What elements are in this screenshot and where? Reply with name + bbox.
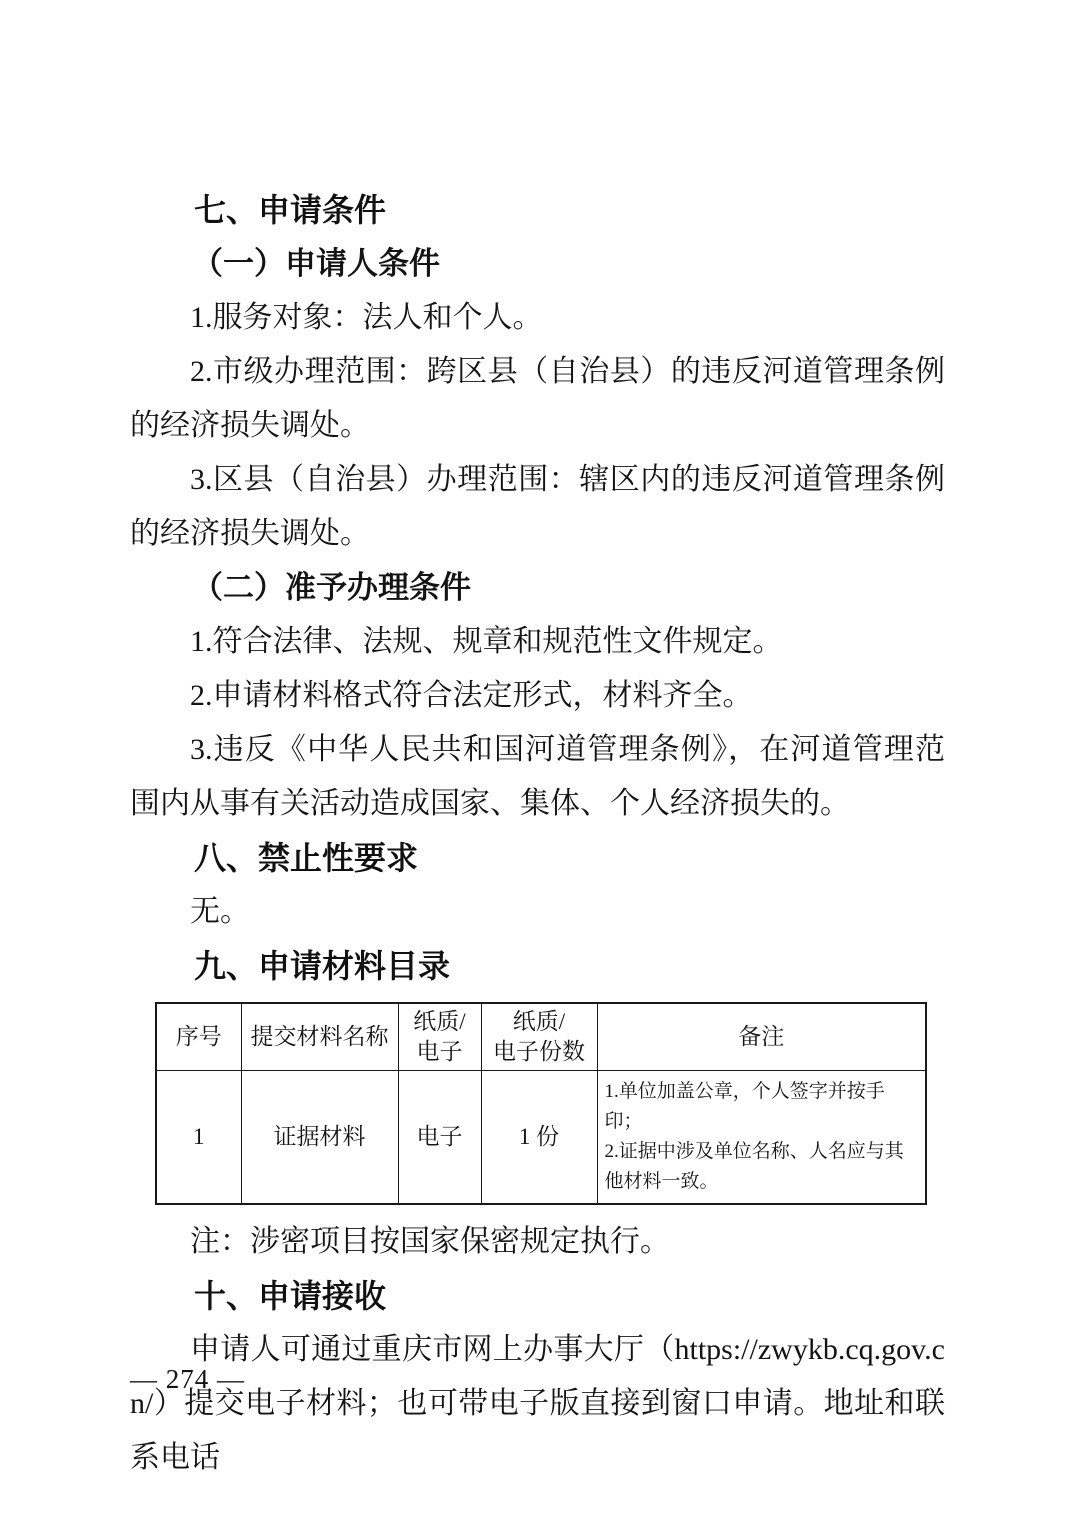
service-target-paragraph: 1.服务对象：法人和个人。: [130, 291, 945, 345]
applicant-conditions-heading: （一）申请人条件: [130, 237, 945, 291]
cell-material-name: 证据材料: [241, 1071, 398, 1205]
approval-conditions-heading: （二）准予办理条件: [130, 561, 945, 615]
district-scope-paragraph: 3.区县（自治县）办理范围：辖区内的违反河道管理条例的经济损失调处。: [130, 453, 945, 561]
col-header-copies: 纸质/ 电子份数: [481, 1003, 597, 1071]
col-header-material-name: 提交材料名称: [241, 1003, 398, 1071]
document-page: 七、申请条件 （一）申请人条件 1.服务对象：法人和个人。 2.市级办理范围：跨…: [0, 0, 1074, 1520]
section-8-heading: 八、禁止性要求: [130, 831, 945, 885]
section-9-heading: 九、申请材料目录: [130, 939, 945, 993]
cell-row-number: 1: [156, 1071, 241, 1205]
confidentiality-note-paragraph: 注：涉密项目按国家保密规定执行。: [130, 1215, 945, 1269]
col-header-number-label: 序号: [176, 1024, 222, 1049]
approval-condition-2-paragraph: 2.申请材料格式符合法定形式，材料齐全。: [130, 669, 945, 723]
city-scope-paragraph: 2.市级办理范围：跨区县（自治县）的违反河道管理条例的经济损失调处。: [130, 345, 945, 453]
col-header-medium-line2: 电子: [417, 1039, 463, 1064]
cell-remark: 1.单位加盖公章，个人签字并按手印； 2.证据中涉及单位名称、人名应与其他材料一…: [597, 1071, 926, 1205]
col-header-medium: 纸质/ 电子: [398, 1003, 481, 1071]
section-7-heading: 七、申请条件: [130, 183, 945, 237]
cell-medium: 电子: [398, 1071, 481, 1205]
remark-item-2: 2.证据中涉及单位名称、人名应与其他材料一致。: [605, 1137, 919, 1197]
remark-item-1: 1.单位加盖公章，个人签字并按手印；: [605, 1077, 919, 1137]
materials-table: 序号 提交材料名称 纸质/ 电子 纸质/ 电子份数 备注: [155, 1002, 927, 1205]
col-header-remark: 备注: [597, 1003, 926, 1071]
col-header-number: 序号: [156, 1003, 241, 1071]
section-10-heading: 十、申请接收: [130, 1269, 945, 1323]
page-number: — 274 —: [130, 1364, 245, 1395]
col-header-copies-line2: 电子份数: [493, 1039, 585, 1064]
table-header-row: 序号 提交材料名称 纸质/ 电子 纸质/ 电子份数 备注: [156, 1003, 926, 1071]
col-header-copies-line1: 纸质/: [513, 1009, 565, 1034]
approval-condition-3-paragraph: 3.违反《中华人民共和国河道管理条例》，在河道管理范围内从事有关活动造成国家、集…: [130, 723, 945, 831]
table-row: 1 证据材料 电子 1 份 1.单位加盖公章，个人签字并按手印； 2.证据中涉及…: [156, 1071, 926, 1205]
application-receiving-paragraph: 申请人可通过重庆市网上办事大厅（https://zwykb.cq.gov.cn/…: [130, 1323, 945, 1485]
prohibition-body-paragraph: 无。: [130, 885, 945, 939]
approval-condition-1-paragraph: 1.符合法律、法规、规章和规范性文件规定。: [130, 615, 945, 669]
col-header-remark-label: 备注: [738, 1024, 784, 1049]
col-header-material-name-label: 提交材料名称: [251, 1024, 389, 1049]
cell-copies: 1 份: [481, 1071, 597, 1205]
col-header-medium-line1: 纸质/: [413, 1009, 465, 1034]
